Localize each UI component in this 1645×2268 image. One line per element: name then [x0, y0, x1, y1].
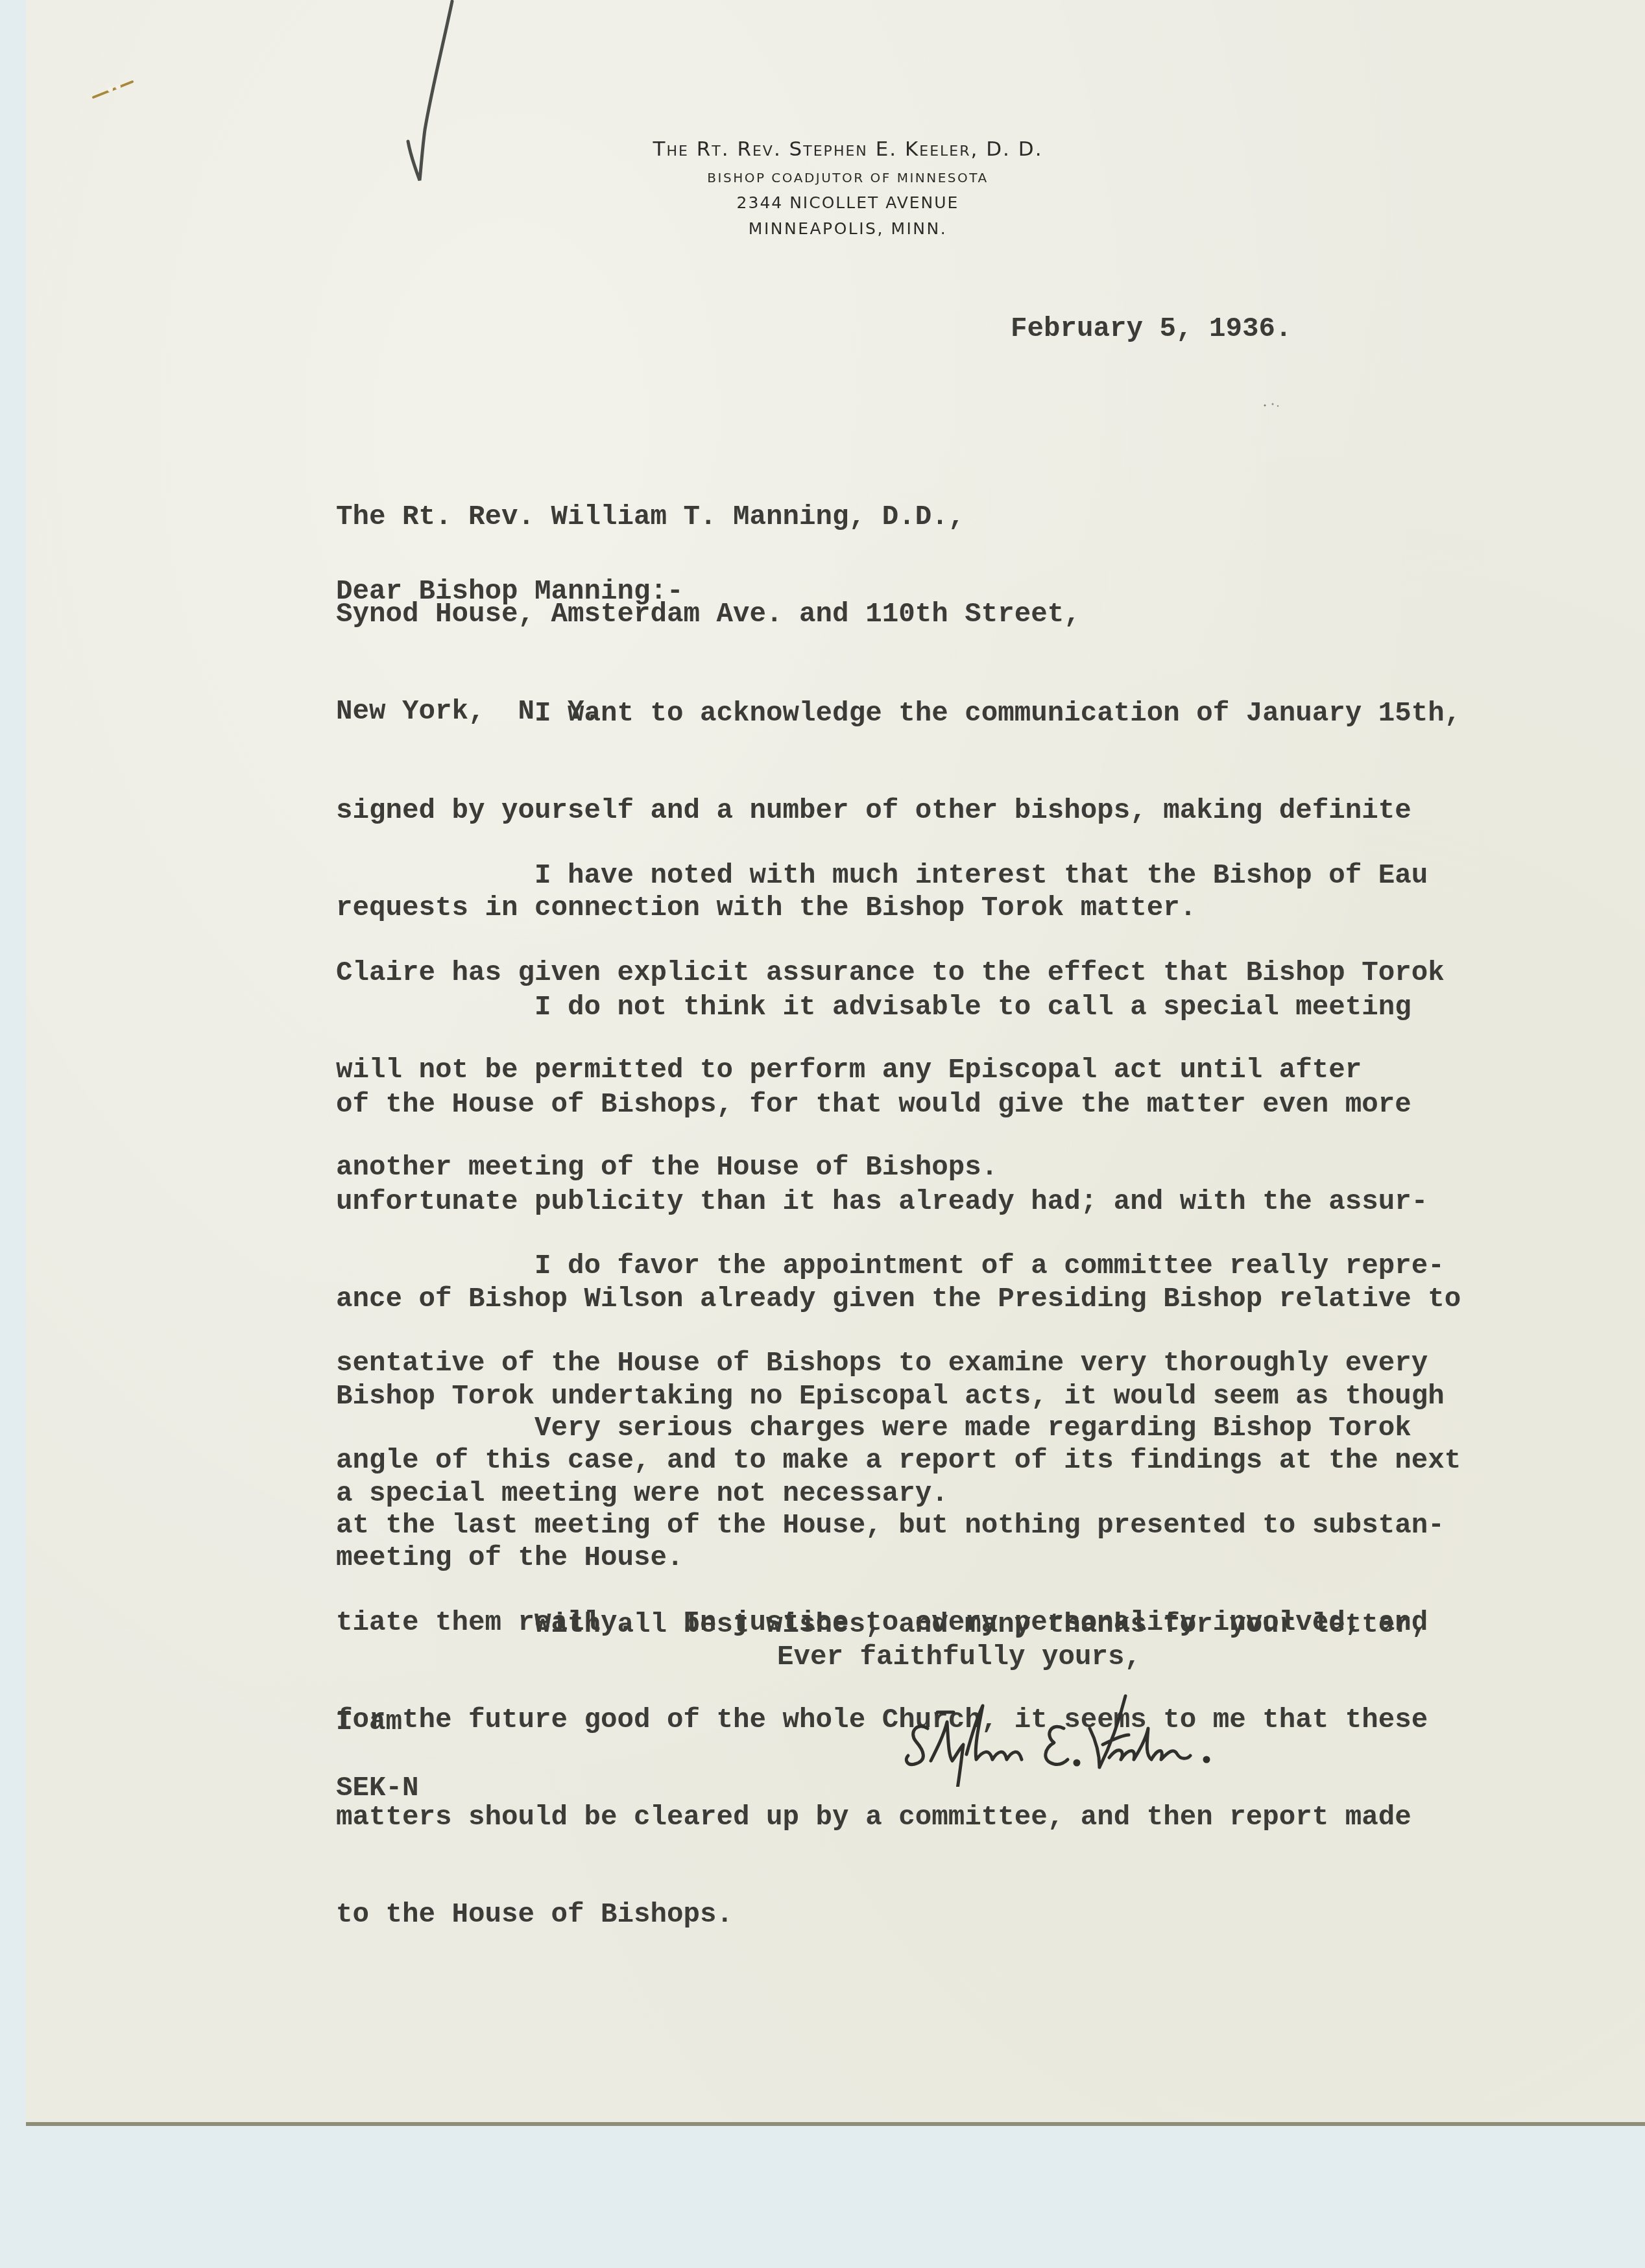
paragraph-line: I do not think it advisable to call a sp… [336, 991, 1461, 1023]
handwritten-signature: Stephen E. Keeler. [902, 1683, 1291, 1787]
pencil-checkmark-icon [379, 0, 464, 188]
paragraph-line: With all best wishes, and many thanks fo… [336, 1608, 1428, 1641]
letterhead-name: The Rt. Rev. Stephen E. Keeler, D. D. [653, 137, 1042, 161]
complimentary-close: Ever faithfully yours, [777, 1641, 1141, 1673]
letterhead-street: 2344 NICOLLET AVENUE [737, 193, 959, 212]
paragraph-line: I do favor the appointment of a committe… [336, 1250, 1461, 1282]
paragraph-line: at the last meeting of the House, but no… [336, 1509, 1445, 1542]
reference-initials: SEK-N [336, 1772, 419, 1804]
letterhead-title: BISHOP COADJUTOR OF MINNESOTA [707, 170, 988, 185]
letter-date: February 5, 1936. [1011, 313, 1292, 345]
paragraph-line: I have noted with much interest that the… [336, 859, 1445, 892]
brass-pin-icon [91, 71, 143, 104]
letterhead-city: MINNEAPOLIS, MINN. [749, 219, 947, 238]
recipient-line: The Rt. Rev. William T. Manning, D.D., [336, 501, 1081, 533]
paragraph-line: I want to acknowledge the communication … [336, 697, 1461, 730]
paragraph-line: matters should be cleared up by a commit… [336, 1801, 1445, 1833]
paragraph-line: of the House of Bishops, for that would … [336, 1088, 1461, 1121]
paragraph-line: Very serious charges were made regarding… [336, 1412, 1445, 1444]
ink-specks [1258, 399, 1297, 412]
paragraph-line: to the House of Bishops. [336, 1898, 1445, 1931]
salutation: Dear Bishop Manning:- [336, 575, 684, 608]
